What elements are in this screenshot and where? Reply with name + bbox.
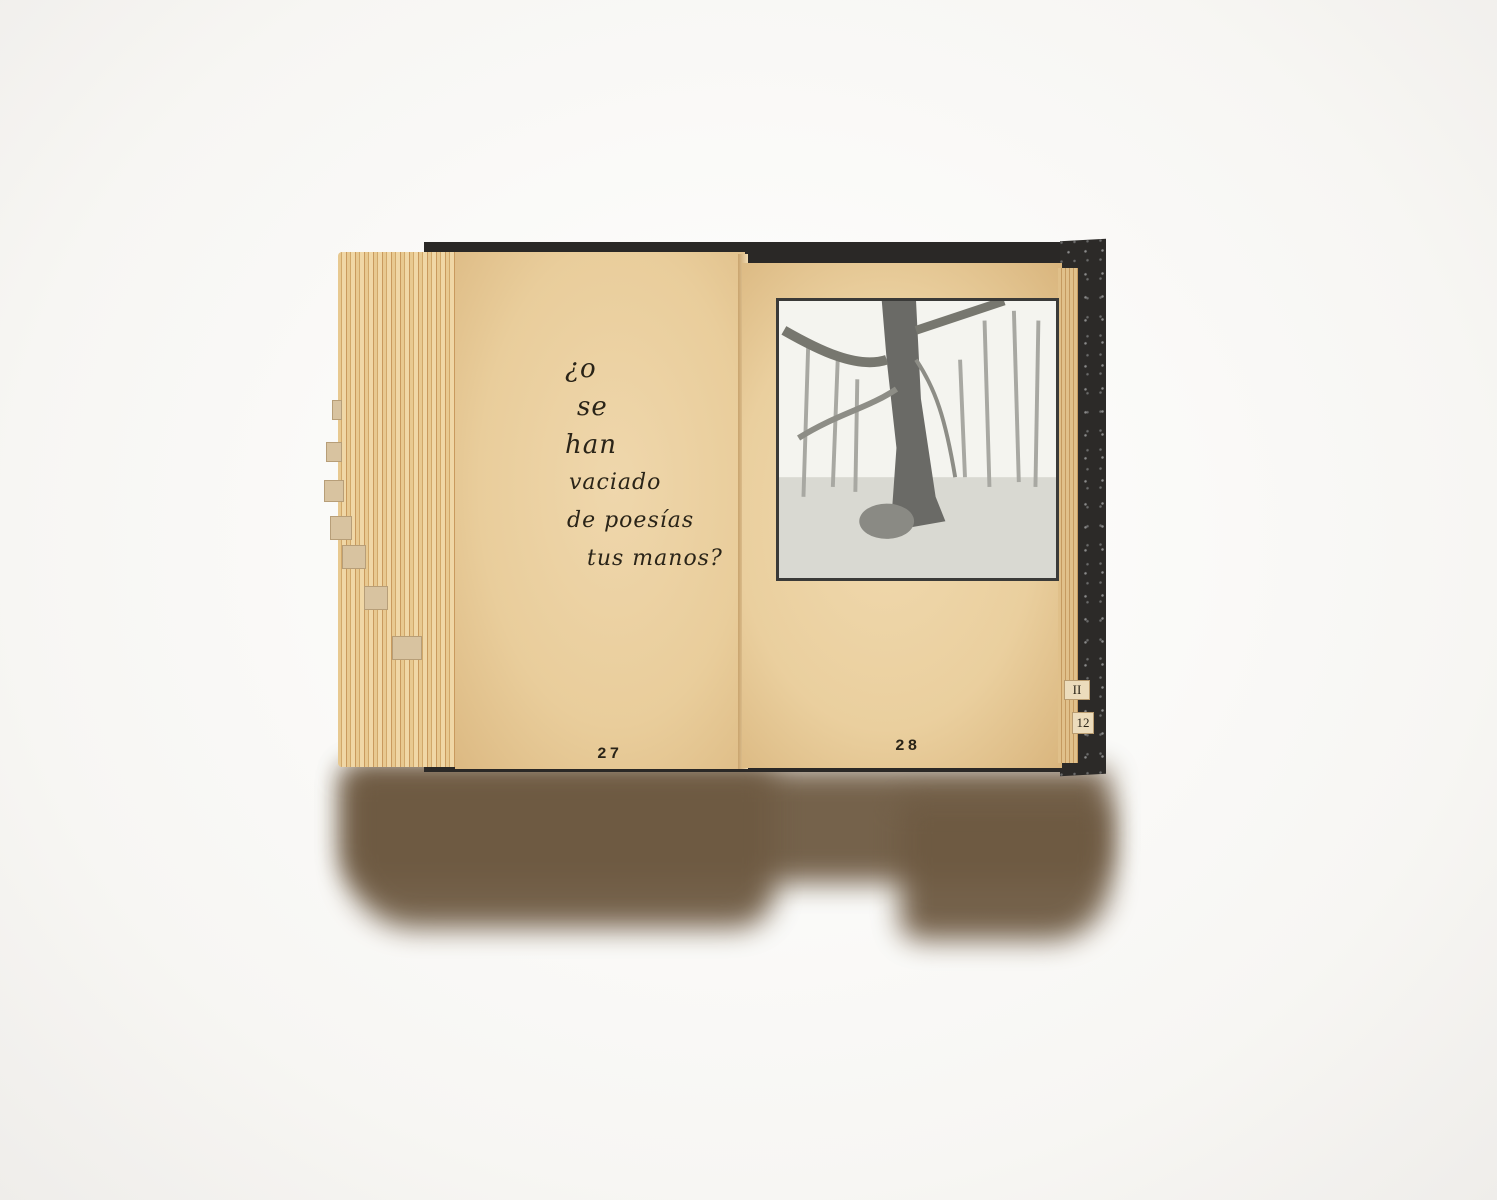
- page-tab: [364, 586, 388, 610]
- page-stack-edges: [338, 252, 458, 767]
- tree-photo: [776, 298, 1059, 581]
- page-number-left: 27: [597, 745, 622, 763]
- page-tab: [324, 480, 344, 502]
- poem-line: ¿o: [565, 350, 735, 388]
- tab-label-12: 12: [1072, 712, 1094, 734]
- poem-line: vaciado: [569, 464, 735, 502]
- tab-label-ii: II: [1064, 680, 1090, 700]
- page-tab: [326, 442, 342, 462]
- book-shadow-left: [345, 768, 775, 928]
- book-shadow-right: [900, 800, 1110, 940]
- page-tab: [342, 545, 366, 569]
- poem-line: se: [577, 388, 735, 426]
- handwritten-poem: ¿o se han vaciado de poesías tus manos?: [565, 350, 735, 578]
- page-number-right: 28: [895, 737, 920, 755]
- poem-line: de poesías: [567, 502, 735, 540]
- poem-line: tus manos?: [587, 540, 735, 578]
- page-tab: [330, 516, 352, 540]
- tree-image-icon: [779, 301, 1056, 578]
- poem-line: han: [565, 426, 735, 464]
- page-tab: [392, 636, 422, 660]
- page-tab: [332, 400, 342, 420]
